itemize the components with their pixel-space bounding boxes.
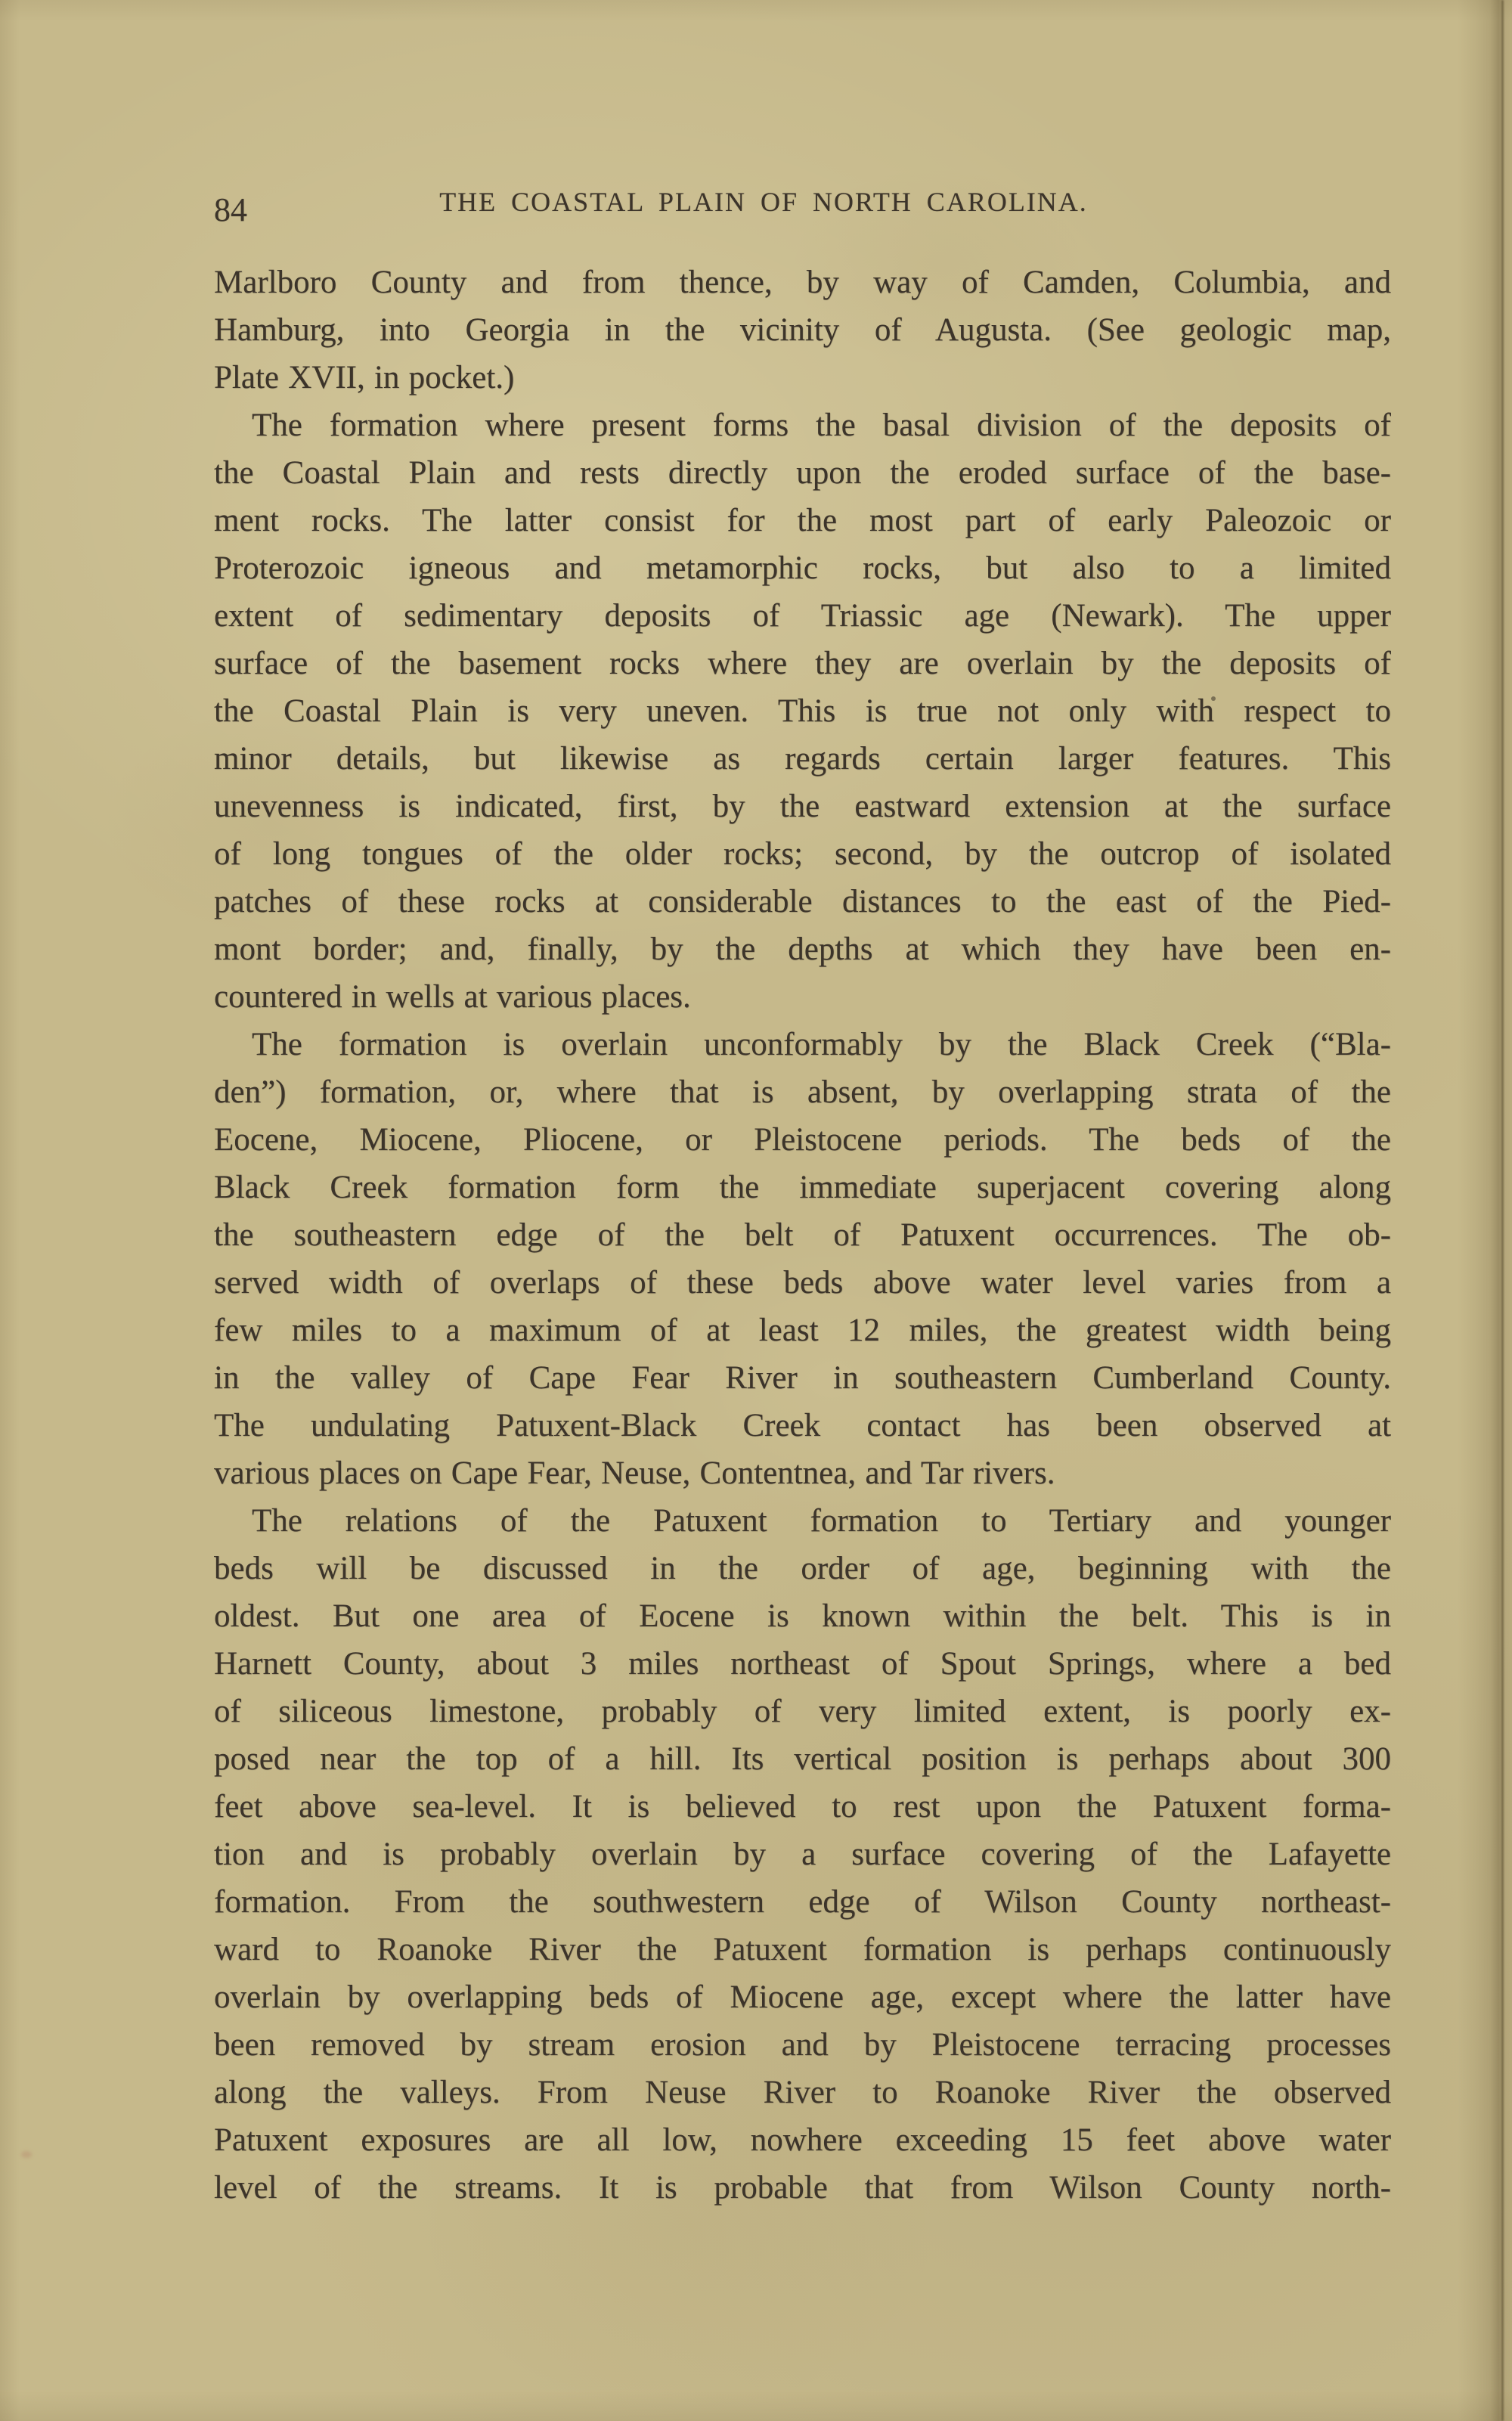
scanned-book-page: 84 THE COASTAL PLAIN OF NORTH CAROLINA. … <box>0 0 1512 2421</box>
text-line: of long tongues of the older rocks; seco… <box>214 830 1391 878</box>
text-line: patches of these rocks at considerable d… <box>214 878 1391 925</box>
text-line: oldest. But one area of Eocene is known … <box>214 1592 1391 1640</box>
paragraph-black-creek: The formation is overlain unconformably … <box>214 1021 1391 1497</box>
text-line: the southeastern edge of the belt of Pat… <box>214 1211 1391 1259</box>
text-line: tion and is probably overlain by a surfa… <box>214 1830 1391 1878</box>
text-line: feet above sea-level. It is believed to … <box>214 1783 1391 1830</box>
paragraph-relations-tertiary: The relations of the Patuxent formation … <box>214 1497 1391 2212</box>
page-edge-shadow <box>1458 0 1512 2421</box>
text-line: Harnett County, about 3 miles northeast … <box>214 1640 1391 1688</box>
text-line: been removed by stream erosion and by Pl… <box>214 2021 1391 2069</box>
text-line: overlain by overlapping beds of Miocene … <box>214 1973 1391 2021</box>
text-line: the Coastal Plain is very uneven. This i… <box>214 687 1391 735</box>
text-line: the Coastal Plain and rests directly upo… <box>214 449 1391 497</box>
text-line: along the valleys. From Neuse River to R… <box>214 2069 1391 2116</box>
text-line: served width of overlaps of these beds a… <box>214 1259 1391 1307</box>
paragraph-formation-basal: The formation where present forms the ba… <box>214 401 1391 1021</box>
text-line: den”) formation, or, where that is absen… <box>214 1068 1391 1116</box>
text-line: extent of sedimentary deposits of Triass… <box>214 592 1391 640</box>
text-line: Patuxent exposures are all low, nowhere … <box>214 2116 1391 2164</box>
text-line: Marlboro County and from thence, by way … <box>214 259 1391 306</box>
text-line: countered in wells at various places. <box>214 973 1391 1021</box>
text-line: Hamburg, into Georgia in the vicinity of… <box>214 306 1391 354</box>
text-line: The undulating Patuxent-Black Creek cont… <box>214 1402 1391 1449</box>
text-line: Eocene, Miocene, Pliocene, or Pleistocen… <box>214 1116 1391 1164</box>
text-line: level of the streams. It is probable tha… <box>214 2164 1391 2212</box>
text-line: of siliceous limestone, probably of very… <box>214 1688 1391 1735</box>
text-line: The formation where present forms the ba… <box>214 401 1391 449</box>
body-text: Marlboro County and from thence, by way … <box>214 259 1391 2212</box>
text-line: in the valley of Cape Fear River in sout… <box>214 1354 1391 1402</box>
scan-speck <box>21 2151 32 2158</box>
text-line: few miles to a maximum of at least 12 mi… <box>214 1307 1391 1354</box>
text-line: Proterozoic igneous and metamorphic rock… <box>214 544 1391 592</box>
text-line: mont border; and, finally, by the depths… <box>214 925 1391 973</box>
running-title: THE COASTAL PLAIN OF NORTH CAROLINA. <box>212 186 1315 218</box>
text-line: ward to Roanoke River the Patuxent forma… <box>214 1926 1391 1973</box>
text-line: unevenness is indicated, first, by the e… <box>214 783 1391 830</box>
page-edge-line <box>1501 0 1504 2421</box>
text-line: The relations of the Patuxent formation … <box>214 1497 1391 1545</box>
text-line: Black Creek formation form the immediate… <box>214 1164 1391 1211</box>
text-line: beds will be discussed in the order of a… <box>214 1545 1391 1592</box>
text-line: Plate XVII, in pocket.) <box>214 354 1391 401</box>
text-line: minor details, but likewise as regards c… <box>214 735 1391 783</box>
text-line: ment rocks. The latter consist for the m… <box>214 497 1391 544</box>
text-line: surface of the basement rocks where they… <box>214 640 1391 687</box>
text-line: formation. From the southwestern edge of… <box>214 1878 1391 1926</box>
text-line: posed near the top of a hill. Its vertic… <box>214 1735 1391 1783</box>
paragraph-continuation: Marlboro County and from thence, by way … <box>214 259 1391 401</box>
text-line: various places on Cape Fear, Neuse, Cont… <box>214 1449 1391 1497</box>
text-line: The formation is overlain unconformably … <box>214 1021 1391 1068</box>
